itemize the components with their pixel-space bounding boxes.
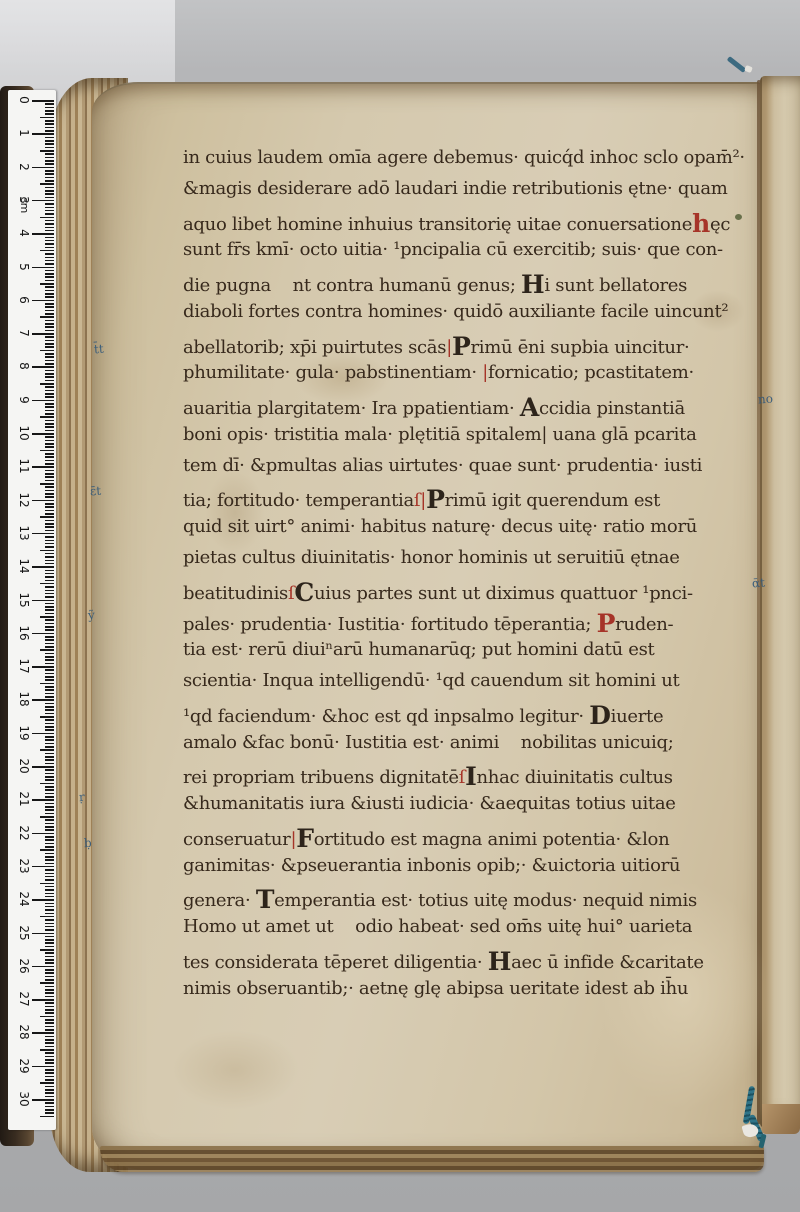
ruler-tick: [45, 340, 54, 342]
ruler-tick: [45, 163, 54, 165]
text-segment: beatitudinis: [183, 583, 288, 604]
text-line: conseruatur|Fortitudo est magna animi po…: [183, 824, 669, 855]
ruler-tick: [45, 643, 54, 645]
text-segment: rimū igit querendum est: [445, 490, 660, 511]
ruler-tick: [45, 480, 54, 482]
text-line: tia; fortitudo· temperantiaſ|Primū igit …: [183, 485, 660, 516]
ruler-tick: [40, 283, 54, 285]
ruler-tick: [40, 217, 54, 219]
ruler-tick: [45, 903, 54, 905]
ruler-tick: [45, 739, 54, 741]
ruler-tick: [45, 580, 54, 582]
ruler-tick: [45, 656, 54, 658]
ruler-tick: [45, 676, 54, 678]
ruler-tick: [45, 709, 54, 711]
ruler-tick: [45, 596, 54, 598]
text-segment: amalo &fac bonū· Iustitia est· animi nob…: [183, 732, 674, 753]
ruler-tick: [45, 1012, 54, 1014]
ruler-tick: [45, 540, 54, 542]
ruler-tick: [45, 793, 54, 795]
ruler-tick: [45, 247, 54, 249]
ruler-tick: [45, 1102, 54, 1104]
ruler-tick: [45, 1029, 54, 1031]
ruler-tick: [45, 1042, 54, 1044]
ruler-tick: [45, 673, 54, 675]
margin-annotation: ḅ: [84, 836, 93, 851]
ruler-tick: [40, 949, 54, 951]
ruler-tick: [45, 936, 54, 938]
ruler-tick: [45, 586, 54, 588]
ruler-tick: [45, 253, 54, 255]
ruler-tick: [45, 330, 54, 332]
ruler-tick: [45, 576, 54, 578]
ruler-tick: [40, 849, 54, 851]
ruler-tick: [45, 137, 54, 139]
ruler-tick: [45, 979, 54, 981]
ruler-tick: [45, 1109, 54, 1111]
ruler-tick: [32, 466, 54, 468]
ruler-tick: [45, 546, 54, 548]
text-segment: P: [452, 332, 471, 361]
ruler-number-label: 15: [17, 591, 31, 609]
text-segment: ganimitas· &pseuerantia inbonis opib;· &…: [183, 855, 680, 876]
ruler-tick: [45, 603, 54, 605]
margin-annotation: ỹ: [88, 608, 96, 622]
ruler-tick: [45, 510, 54, 512]
ruler-tick: [45, 723, 54, 725]
ruler-tick: [45, 197, 54, 199]
ruler-tick: [45, 470, 54, 472]
ruler-tick: [45, 210, 54, 212]
ruler-number-label: 28: [17, 1023, 31, 1041]
ruler-tick: [45, 689, 54, 691]
photo: cm 0123456789101112131415161718192021222…: [0, 0, 800, 1212]
ruler-tick: [45, 173, 54, 175]
text-segment: conseruatur: [183, 829, 290, 850]
ruler-tick: [45, 853, 54, 855]
ruler-number-label: 7: [17, 324, 31, 342]
ruler-tick: [32, 366, 54, 368]
ruler-tick: [45, 203, 54, 205]
ruler-tick: [45, 806, 54, 808]
ruler-tick: [40, 350, 54, 352]
ruler-tick: [45, 280, 54, 282]
ruler-tick: [45, 1002, 54, 1004]
ruler-tick: [45, 976, 54, 978]
text-line: tes considerata tēperet diligentia· Haec…: [183, 947, 704, 978]
ruler-tick: [40, 982, 54, 984]
ruler-number-label: 14: [17, 557, 31, 575]
ruler-tick: [45, 1069, 54, 1071]
ruler-tick: [45, 819, 54, 821]
margin-annotation: ṛ: [79, 790, 86, 804]
ruler-tick: [45, 326, 54, 328]
ruler-tick: [32, 500, 54, 502]
ruler-number-label: 30: [17, 1090, 31, 1108]
ruler-tick: [45, 1089, 54, 1091]
ruler-tick: [45, 879, 54, 881]
ruler-tick: [45, 1046, 54, 1048]
text-line: sunt fr̄s kmī· octo uitia· ¹pncipalia cū…: [183, 239, 723, 270]
ruler-number-label: 1: [17, 124, 31, 142]
ruler-number-label: 4: [17, 224, 31, 242]
ruler-tick: [45, 413, 54, 415]
ruler-tick: [45, 410, 54, 412]
ruler-tick: [45, 726, 54, 728]
ruler-tick: [45, 293, 54, 295]
text-line: amalo &fac bonū· Iustitia est· animi nob…: [183, 732, 674, 763]
ruler-tick: [45, 913, 54, 915]
ruler-tick: [45, 636, 54, 638]
ruler-tick: [32, 533, 54, 535]
ruler-tick: [40, 716, 54, 718]
ruler-tick: [45, 623, 54, 625]
ruler-tick: [45, 406, 54, 408]
text-segment: tes considerata tēperet diligentia·: [183, 952, 488, 973]
ruler-tick: [32, 833, 54, 835]
text-segment: auaritia plargitatem· Ira ppatientiam·: [183, 398, 520, 419]
ruler-tick: [45, 157, 54, 159]
ruler-tick: [45, 703, 54, 705]
ruler-tick: [45, 796, 54, 798]
text-line: abellatorib; xp̄i puirtutes scās|Primū ē…: [183, 332, 689, 363]
ruler-tick: [45, 290, 54, 292]
ruler-tick: [45, 436, 54, 438]
ruler-tick: [45, 306, 54, 308]
ruler-tick: [45, 393, 54, 395]
ruler-tick: [45, 453, 54, 455]
ruler-tick: [32, 333, 54, 335]
ruler-number-label: 10: [17, 424, 31, 442]
ruler-tick: [45, 789, 54, 791]
ruler-tick: [45, 823, 54, 825]
ruler-tick: [45, 386, 54, 388]
ruler-tick: [45, 893, 54, 895]
ruler-tick: [45, 223, 54, 225]
text-line: Homo ut amet ut odio habeat· sed om̄s ui…: [183, 916, 692, 947]
ruler-tick: [32, 433, 54, 435]
ruler-tick: [45, 952, 54, 954]
ruler-tick: [45, 520, 54, 522]
text-segment: tia est· rerū diuiⁿarū humanarūq; put ho…: [183, 639, 655, 660]
ruler-number-label: 11: [17, 457, 31, 475]
ruler-tick: [45, 1019, 54, 1021]
text-segment: T: [256, 885, 274, 914]
ruler-tick: [45, 237, 54, 239]
ruler-tick: [45, 423, 54, 425]
ruler-tick: [40, 883, 54, 885]
ruler-tick: [45, 430, 54, 432]
ruler-tick: [45, 863, 54, 865]
ruler-tick: [45, 639, 54, 641]
ruler-tick: [45, 959, 54, 961]
ruler-tick: [45, 420, 54, 422]
ruler-tick: [32, 966, 54, 968]
ruler-number-label: 24: [17, 890, 31, 908]
text-segment: in cuius laudem omīa agere debemus· quic…: [183, 147, 745, 168]
ruler-tick: [40, 1082, 54, 1084]
text-line: auaritia plargitatem· Ira ppatientiam· A…: [183, 393, 685, 424]
ruler-tick: [45, 556, 54, 558]
ruler-tick: [45, 786, 54, 788]
ruler-tick: [40, 150, 54, 152]
ruler-tick: [45, 463, 54, 465]
text-segment: scientia· Inqua intelligendū· ¹qd cauend…: [183, 670, 679, 691]
text-segment: D: [589, 701, 610, 730]
ruler-tick: [45, 919, 54, 921]
ruler-tick: [45, 530, 54, 532]
ruler-tick: [32, 167, 54, 169]
ruler-tick: [45, 526, 54, 528]
ruler-tick: [45, 1086, 54, 1088]
text-segment: P: [426, 485, 445, 514]
ruler-tick: [45, 1036, 54, 1038]
ruler-tick: [45, 346, 54, 348]
ruler-tick: [45, 570, 54, 572]
text-segment: ¹qd faciendum· &hoc est qd inpsalmo legi…: [183, 706, 589, 727]
ruler-tick: [45, 769, 54, 771]
ruler-tick: [45, 886, 54, 888]
ruler-tick: [32, 300, 54, 302]
ruler-number-label: 21: [17, 790, 31, 808]
ruler-tick: [45, 113, 54, 115]
ruler-tick: [32, 866, 54, 868]
text-line: boni opis· tristitia mala· plętitiā spit…: [183, 424, 697, 455]
ruler-tick: [45, 856, 54, 858]
ruler-tick: [45, 829, 54, 831]
ruler-tick: [45, 560, 54, 562]
text-segment: h: [692, 209, 710, 238]
ruler-tick: [40, 1016, 54, 1018]
ruler-tick: [40, 916, 54, 918]
ruler-tick: [45, 513, 54, 515]
ruler-number-label: 26: [17, 957, 31, 975]
stain: [170, 1030, 300, 1110]
ruler-tick: [45, 629, 54, 631]
ruler-tick: [45, 257, 54, 259]
ruler-tick: [45, 826, 54, 828]
ruler-tick: [45, 473, 54, 475]
text-segment: Homo ut amet ut odio habeat· sed om̄s ui…: [183, 916, 692, 937]
ruler-tick: [45, 653, 54, 655]
ruler-number-label: 25: [17, 924, 31, 942]
text-line: genera· Temperantia est· totius uitę mod…: [183, 885, 697, 916]
thread-fragment: [744, 65, 753, 73]
ruler-tick: [45, 303, 54, 305]
ruler-tick: [45, 403, 54, 405]
margin-annotation: ᾱt: [752, 576, 766, 591]
ruler-tick: [45, 776, 54, 778]
text-segment: genera·: [183, 890, 256, 911]
ruler-tick: [45, 523, 54, 525]
ruler-number-label: 9: [17, 391, 31, 409]
ruler-tick: [40, 749, 54, 751]
text-line: &magis desiderare adō laudari indie retr…: [183, 178, 728, 209]
ruler-tick: [45, 1052, 54, 1054]
ruler-tick: [45, 706, 54, 708]
ruler-tick: [45, 972, 54, 974]
ruler-tick: [45, 190, 54, 192]
ruler: cm 0123456789101112131415161718192021222…: [8, 90, 56, 1130]
ruler-tick: [45, 127, 54, 129]
text-segment: A: [520, 393, 539, 422]
ruler-tick: [45, 909, 54, 911]
ruler-tick: [45, 360, 54, 362]
ruler-tick: [32, 733, 54, 735]
ruler-tick: [45, 813, 54, 815]
margin-annotation: no: [758, 391, 774, 406]
ruler-tick: [45, 286, 54, 288]
text-segment: phumilitate· gula· pabstinentiam·: [183, 362, 482, 383]
text-segment: P: [597, 609, 616, 638]
ruler-tick: [45, 590, 54, 592]
ruler-number-label: 6: [17, 291, 31, 309]
ruler-tick: [45, 946, 54, 948]
ruler-tick: [45, 1022, 54, 1024]
text-segment: ſ|: [414, 490, 426, 511]
ruler-tick: [45, 147, 54, 149]
ruler-number-label: 20: [17, 757, 31, 775]
ruler-tick: [45, 613, 54, 615]
ruler-number-label: 29: [17, 1057, 31, 1075]
ruler-tick: [45, 986, 54, 988]
ruler-tick: [45, 1106, 54, 1108]
ruler-tick: [32, 1099, 54, 1101]
ruler-tick: [45, 240, 54, 242]
ruler-tick: [45, 896, 54, 898]
text-segment: tem dī· &pmultas alias uirtutes· quae su…: [183, 455, 702, 476]
text-line: phumilitate· gula· pabstinentiam· |forni…: [183, 362, 694, 393]
ruler-number-label: 19: [17, 724, 31, 742]
text-segment: F: [296, 824, 313, 853]
ruler-tick: [45, 1112, 54, 1114]
text-segment: ęc: [710, 214, 730, 235]
book-bottom-edge: [100, 1146, 764, 1172]
ruler-number-label: 22: [17, 824, 31, 842]
text-line: ¹qd faciendum· &hoc est qd inpsalmo legi…: [183, 701, 663, 732]
ruler-tick: [45, 743, 54, 745]
ruler-tick: [45, 230, 54, 232]
text-segment: sunt fr̄s kmī· octo uitia· ¹pncipalia cū…: [183, 239, 723, 260]
ruler-tick: [45, 929, 54, 931]
ruler-tick: [45, 836, 54, 838]
ruler-tick: [32, 933, 54, 935]
ruler-tick: [45, 130, 54, 132]
text-segment: &magis desiderare adō laudari indie retr…: [183, 178, 728, 199]
ruler-tick: [32, 633, 54, 635]
ruler-tick: [45, 859, 54, 861]
text-line: nimis obseruantib;· aetnę glę abipsa uer…: [183, 978, 688, 1009]
ruler-tick: [45, 619, 54, 621]
ruler-tick: [45, 609, 54, 611]
ruler-tick: [45, 753, 54, 755]
ruler-tick: [45, 573, 54, 575]
ruler-tick: [45, 989, 54, 991]
ruler-tick: [40, 316, 54, 318]
text-segment: fornicatio; pcastitatem·: [488, 362, 694, 383]
text-segment: nhac diuinitatis cultus: [477, 767, 673, 788]
ruler-tick: [45, 593, 54, 595]
ruler-tick: [45, 440, 54, 442]
text-segment: H: [488, 947, 511, 976]
ruler-tick: [45, 493, 54, 495]
ruler-tick: [32, 1032, 54, 1034]
ruler-tick: [40, 483, 54, 485]
ruler-tick: [45, 273, 54, 275]
text-segment: C: [294, 578, 314, 607]
ruler-tick: [45, 679, 54, 681]
binding-leather-corner: [762, 1104, 800, 1134]
text-segment: diaboli fortes contra homines· quidō aux…: [183, 301, 728, 322]
ruler-tick: [45, 390, 54, 392]
ruler-tick: [45, 843, 54, 845]
ruler-tick: [45, 243, 54, 245]
ruler-tick: [45, 756, 54, 758]
text-segment: abellatorib; xp̄i puirtutes scās: [183, 337, 446, 358]
ruler-tick: [45, 426, 54, 428]
ruler-tick: [32, 899, 54, 901]
ruler-tick: [45, 323, 54, 325]
ruler-tick: [40, 117, 54, 119]
ruler-tick: [45, 1009, 54, 1011]
ruler-tick: [45, 1059, 54, 1061]
ruler-tick: [45, 969, 54, 971]
ruler-tick: [45, 563, 54, 565]
ruler-tick: [45, 220, 54, 222]
ruler-tick: [45, 160, 54, 162]
ruler-tick: [40, 550, 54, 552]
ruler-tick: [40, 616, 54, 618]
ruler-tick: [45, 506, 54, 508]
ruler-tick: [45, 490, 54, 492]
ruler-tick: [45, 443, 54, 445]
ruler-tick: [45, 356, 54, 358]
ruler-tick: [45, 992, 54, 994]
ruler-tick: [45, 270, 54, 272]
ruler-tick: [40, 383, 54, 385]
ruler-tick: [32, 200, 54, 202]
ruler-tick: [45, 213, 54, 215]
ruler-tick: [45, 746, 54, 748]
ruler-number-label: 3: [17, 191, 31, 209]
ruler-number-label: 0: [17, 91, 31, 109]
text-line: pales· prudentia· Iustitia· fortitudo tē…: [183, 609, 673, 640]
text-segment: ortitudo est magna animi potentia· &lon: [314, 829, 670, 850]
text-segment: die pugna nt contra humanū genus;: [183, 275, 521, 296]
text-line: die pugna nt contra humanū genus; Hi sun…: [183, 270, 687, 301]
ruler-tick: [45, 606, 54, 608]
text-segment: tia; fortitudo· temperantia: [183, 490, 414, 511]
text-segment: nimis obseruantib;· aetnę glę abipsa uer…: [183, 978, 688, 999]
ruler-tick: [45, 736, 54, 738]
ruler-tick: [40, 816, 54, 818]
ruler-tick: [45, 553, 54, 555]
ruler-tick: [45, 906, 54, 908]
text-segment: aec ū infide &caritate: [511, 952, 704, 973]
ruler-tick: [45, 729, 54, 731]
text-segment: iuerte: [611, 706, 664, 727]
ruler-number-label: 17: [17, 657, 31, 675]
ruler-tick: [45, 889, 54, 891]
ruler-tick: [45, 227, 54, 229]
ruler-tick: [45, 456, 54, 458]
ruler-tick: [45, 486, 54, 488]
ruler-tick: [40, 583, 54, 585]
text-line: beatitudinisſCuius partes sunt ut diximu…: [183, 578, 693, 609]
ruler-tick: [45, 380, 54, 382]
text-segment: H: [521, 270, 544, 299]
ruler-tick: [45, 187, 54, 189]
